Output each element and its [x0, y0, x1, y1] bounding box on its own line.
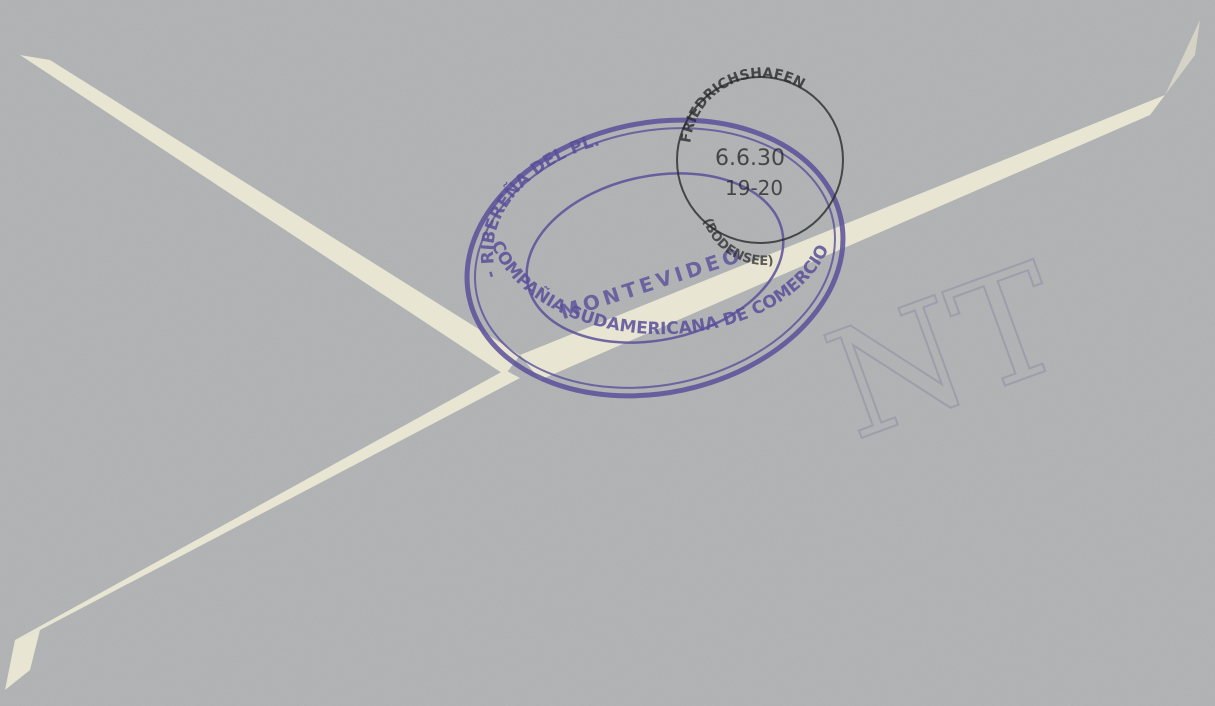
envelope-back: - RIBEREÑA DEL PL. COMPAÑIA SUDAMERICANA… — [0, 0, 1215, 706]
postmark-time: 19-20 — [725, 176, 783, 200]
envelope-drawing: - RIBEREÑA DEL PL. COMPAÑIA SUDAMERICANA… — [0, 0, 1215, 706]
postmark-date: 6.6.30 — [715, 146, 785, 171]
